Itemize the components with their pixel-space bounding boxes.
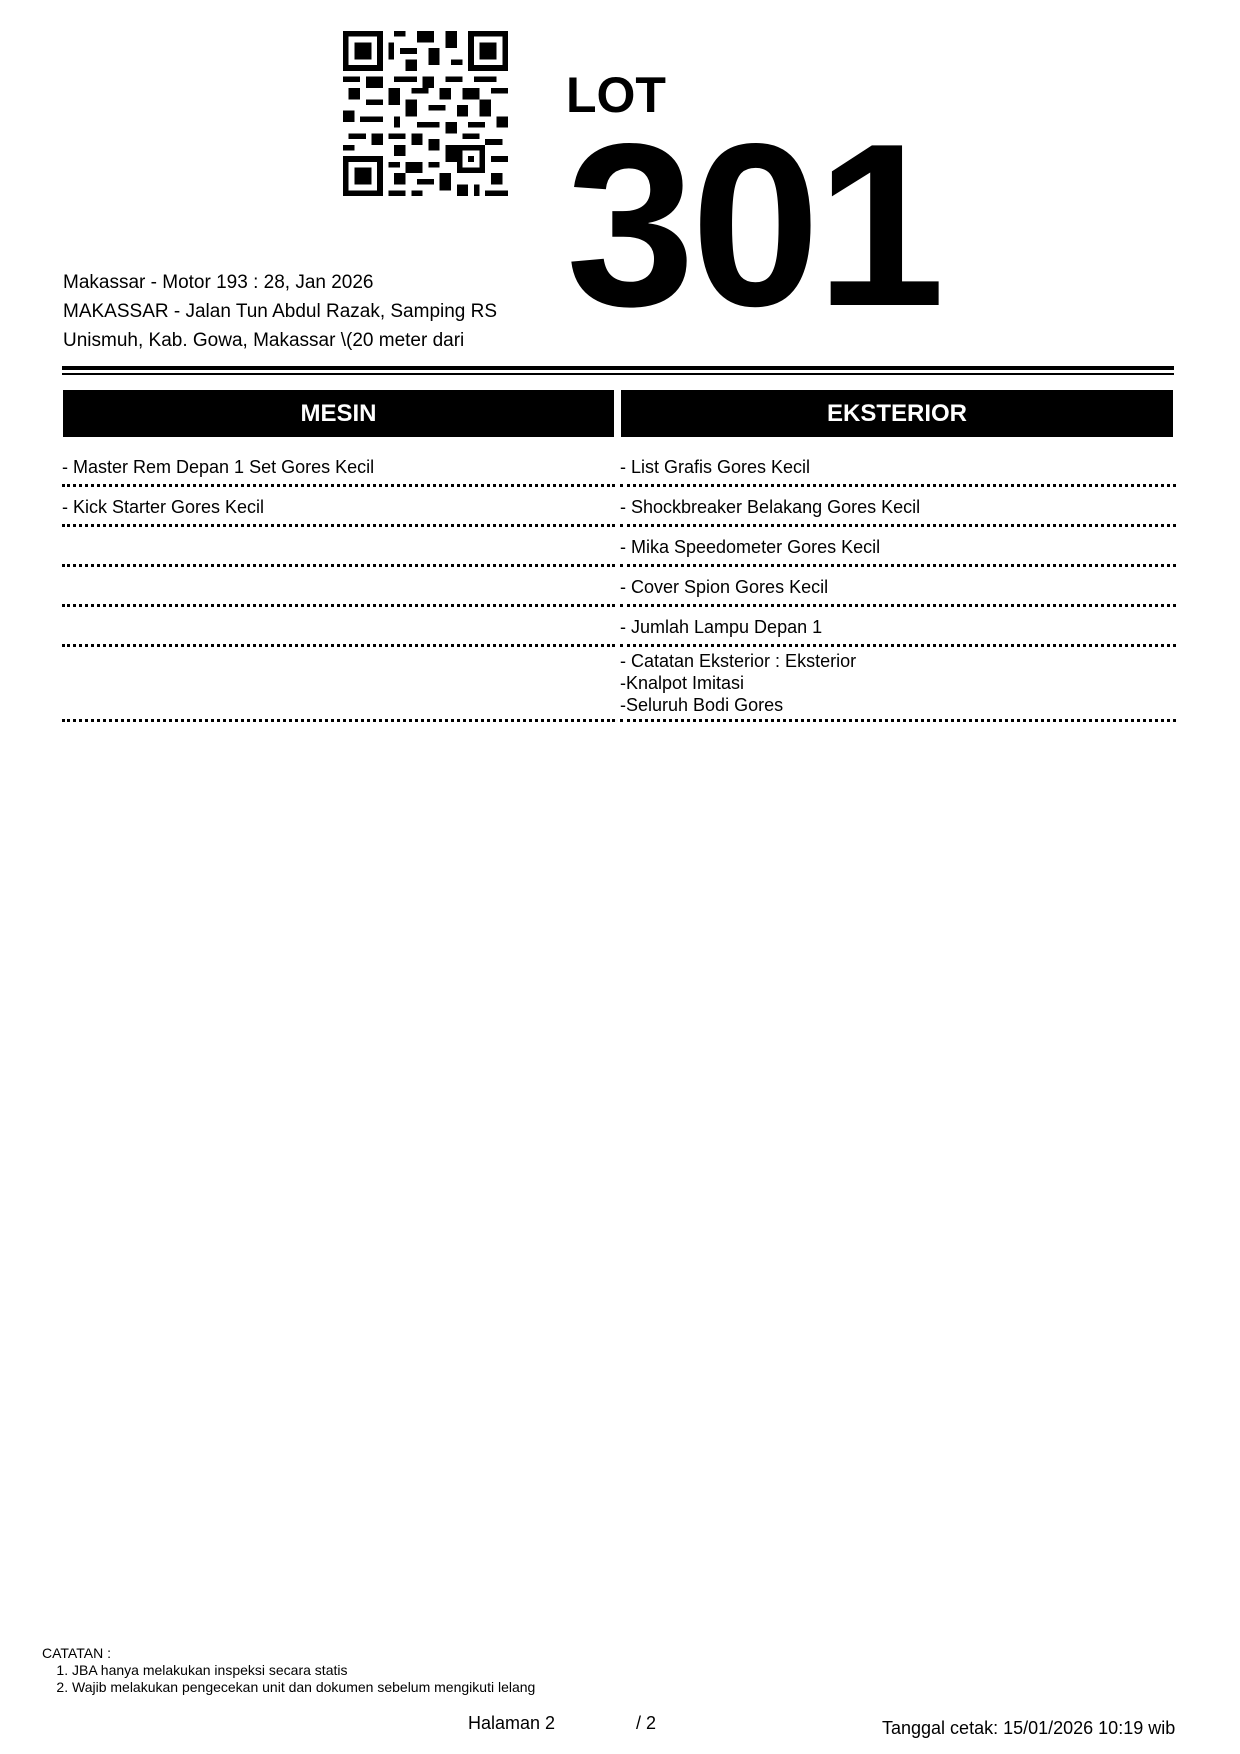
- auction-address-line-2: Unismuh, Kab. Gowa, Makassar \(20 meter …: [63, 326, 497, 355]
- table-row: [62, 647, 615, 722]
- page-label: Halaman 2: [468, 1713, 555, 1734]
- auction-address-line-1: MAKASSAR - Jalan Tun Abdul Razak, Sampin…: [63, 297, 497, 326]
- eksterior-section: EKSTERIOR - List Grafis Gores Kecil- Sho…: [621, 390, 1176, 722]
- row-text: [62, 576, 615, 598]
- row-text: [62, 536, 615, 558]
- row-text: -Seluruh Bodi Gores: [620, 694, 1176, 716]
- table-row: - Jumlah Lampu Depan 1: [620, 607, 1176, 647]
- row-text: - Cover Spion Gores Kecil: [620, 576, 1176, 598]
- notes-title: CATATAN :: [42, 1645, 535, 1662]
- table-row: - Catatan Eksterior : Eksterior-Knalpot …: [620, 647, 1176, 722]
- table-row: - Mika Speedometer Gores Kecil: [620, 527, 1176, 567]
- qr-code-icon: [343, 31, 508, 196]
- table-row: [62, 567, 615, 607]
- mesin-header: MESIN: [63, 390, 614, 437]
- note-item: Wajib melakukan pengecekan unit dan doku…: [72, 1679, 535, 1696]
- row-text: - Jumlah Lampu Depan 1: [620, 616, 1176, 638]
- table-row: - Master Rem Depan 1 Set Gores Kecil: [62, 447, 615, 487]
- row-text: -Knalpot Imitasi: [620, 672, 1176, 694]
- auction-title: Makassar - Motor 193 : 28, Jan 2026: [63, 268, 497, 297]
- notes-section: CATATAN : JBA hanya melakukan inspeksi s…: [42, 1645, 535, 1696]
- row-text: - Kick Starter Gores Kecil: [62, 496, 615, 518]
- header-divider-thin: [62, 373, 1174, 375]
- note-item: JBA hanya melakukan inspeksi secara stat…: [72, 1662, 535, 1679]
- table-row: - List Grafis Gores Kecil: [620, 447, 1176, 487]
- row-text: - List Grafis Gores Kecil: [620, 456, 1176, 478]
- row-text: - Catatan Eksterior : Eksterior: [620, 650, 1176, 672]
- mesin-rows: - Master Rem Depan 1 Set Gores Kecil- Ki…: [63, 447, 615, 722]
- print-date: Tanggal cetak: 15/01/2026 10:19 wib: [882, 1718, 1175, 1739]
- table-row: - Shockbreaker Belakang Gores Kecil: [620, 487, 1176, 527]
- table-row: [62, 607, 615, 647]
- header-divider-thick: [62, 366, 1174, 370]
- row-text: [62, 616, 615, 638]
- eksterior-rows: - List Grafis Gores Kecil- Shockbreaker …: [621, 447, 1176, 722]
- eksterior-header: EKSTERIOR: [621, 390, 1173, 437]
- row-text: [62, 650, 615, 672]
- row-text: - Mika Speedometer Gores Kecil: [620, 536, 1176, 558]
- lot-number: 301: [566, 110, 941, 342]
- page-total: / 2: [636, 1713, 656, 1734]
- table-row: - Cover Spion Gores Kecil: [620, 567, 1176, 607]
- mesin-section: MESIN - Master Rem Depan 1 Set Gores Kec…: [63, 390, 615, 722]
- row-text: - Shockbreaker Belakang Gores Kecil: [620, 496, 1176, 518]
- table-row: - Kick Starter Gores Kecil: [62, 487, 615, 527]
- auction-info: Makassar - Motor 193 : 28, Jan 2026 MAKA…: [63, 268, 497, 355]
- row-text: - Master Rem Depan 1 Set Gores Kecil: [62, 456, 615, 478]
- table-row: [62, 527, 615, 567]
